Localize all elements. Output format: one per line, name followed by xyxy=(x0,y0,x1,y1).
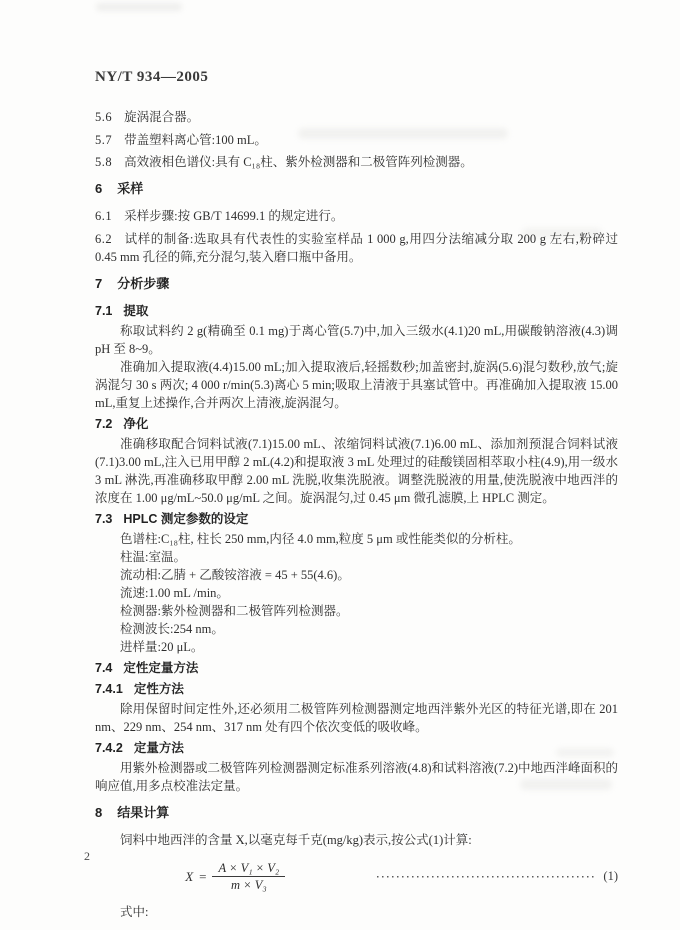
clause-text: 高效液相色谱仪:具有 C₁₈柱、紫外检测器和二极管阵列检测器。 xyxy=(124,155,473,169)
clause-text: 净化 xyxy=(123,417,148,431)
page-number: 2 xyxy=(84,848,90,864)
clause-text: 定性定量方法 xyxy=(123,661,198,675)
numbered-clause: 5.8高效液相色谱仪:具有 C₁₈柱、紫外检测器和二极管阵列检测器。 xyxy=(95,153,618,171)
clause-number: 7.4.1 xyxy=(95,682,123,696)
scanned-standard-page: NY/T 934—2005 5.6旋涡混合器。5.7带盖塑料离心管:100 mL… xyxy=(0,0,680,930)
clause-number: 5.8 xyxy=(95,155,112,169)
formula-fraction-group: X = A × V₁ × V₂ m × V₃ xyxy=(95,860,375,893)
paragraph: 进样量:20 μL。 xyxy=(95,638,618,656)
paragraph: 流速:1.00 mL /min。 xyxy=(95,584,618,602)
paragraph: 准确加入提取液(4.4)15.00 mL;加入提取液后,轻摇数秒;加盖密封,旋涡… xyxy=(95,358,618,412)
paragraph: 检测波长:254 nm。 xyxy=(95,620,618,638)
clause-text: 分析步骤 xyxy=(117,276,169,291)
clause-text: 结果计算 xyxy=(117,805,169,820)
clause-heading: 7.4.2定量方法 xyxy=(95,739,618,757)
chapter-heading: 6采样 xyxy=(95,180,618,198)
clause-number: 5.6 xyxy=(95,110,112,124)
clause-text: 试样的制备:选取具有代表性的实验室样品 1 000 g,用四分法缩减分取 200… xyxy=(95,232,618,264)
paragraph: 准确移取配合饲料试液(7.1)15.00 mL、浓缩饲料试液(7.1)6.00 … xyxy=(95,435,618,507)
clause-text: HPLC 测定参数的设定 xyxy=(123,512,248,526)
fraction-numerator: A × V₁ × V₂ xyxy=(212,860,285,877)
chapter-heading: 7分析步骤 xyxy=(95,275,618,293)
clause-number: 5.7 xyxy=(95,133,112,147)
print-bleed-smudge xyxy=(96,3,182,11)
paragraph: 色谱柱:C₁₈柱, 柱长 250 mm,内径 4.0 mm,粒度 5 μm 或性… xyxy=(95,530,618,548)
formula-number: (1) xyxy=(603,869,618,884)
paragraph: 用紫外检测器或二极管阵列检测器测定标准系列溶液(4.8)和试料溶液(7.2)中地… xyxy=(95,759,618,795)
numbered-clause: 5.6旋涡混合器。 xyxy=(95,108,618,126)
numbered-clause: 5.7带盖塑料离心管:100 mL。 xyxy=(95,131,618,149)
clause-number: 7 xyxy=(95,276,102,291)
clause-heading: 7.4.1定性方法 xyxy=(95,680,618,698)
clause-text: 采样步骤:按 GB/T 14699.1 的规定进行。 xyxy=(124,209,343,223)
clause-number: 7.2 xyxy=(95,417,112,431)
clause-number: 7.3 xyxy=(95,512,112,526)
clause-number: 8 xyxy=(95,805,102,820)
numbered-clause: 6.1采样步骤:按 GB/T 14699.1 的规定进行。 xyxy=(95,207,618,225)
doc-after-formula: 式中: xyxy=(95,903,618,921)
doc-blocks: 5.6旋涡混合器。5.7带盖塑料离心管:100 mL。5.8高效液相色谱仪:具有… xyxy=(95,108,618,849)
formula-lhs: X xyxy=(185,869,193,885)
clause-text: 提取 xyxy=(123,304,148,318)
clause-number: 7.1 xyxy=(95,304,112,318)
clause-text: 定量方法 xyxy=(134,741,184,755)
clause-heading: 7.2净化 xyxy=(95,415,618,433)
fraction-denominator: m × V₃ xyxy=(212,877,285,893)
paragraph: 除用保留时间定性外,还必须用二极管阵列检测器测定地西泮紫外光区的特征光谱,即在 … xyxy=(95,700,618,736)
clause-number: 6.1 xyxy=(95,209,112,223)
clause-number: 7.4.2 xyxy=(95,741,123,755)
clause-text: 采样 xyxy=(117,181,143,196)
fraction: A × V₁ × V₂ m × V₃ xyxy=(212,860,285,893)
dotted-leader xyxy=(377,876,595,878)
clause-number: 7.4 xyxy=(95,661,112,675)
formula-1: X = A × V₁ × V₂ m × V₃ (1) xyxy=(95,857,618,897)
paragraph: 饲料中地西泮的含量 X,以毫克每千克(mg/kg)表示,按公式(1)计算: xyxy=(95,831,618,849)
paragraph: 式中: xyxy=(95,903,618,921)
clause-number: 6 xyxy=(95,181,102,196)
clause-heading: 7.3HPLC 测定参数的设定 xyxy=(95,510,618,528)
chapter-heading: 8结果计算 xyxy=(95,804,618,822)
document-content: NY/T 934—2005 5.6旋涡混合器。5.7带盖塑料离心管:100 mL… xyxy=(95,68,618,921)
clause-heading: 7.4定性定量方法 xyxy=(95,659,618,677)
paragraph: 检测器:紫外检测器和二极管阵列检测器。 xyxy=(95,602,618,620)
clause-text: 定性方法 xyxy=(134,682,184,696)
numbered-clause: 6.2试样的制备:选取具有代表性的实验室样品 1 000 g,用四分法缩减分取 … xyxy=(95,230,618,266)
clause-heading: 7.1提取 xyxy=(95,302,618,320)
paragraph: 称取试料约 2 g(精确至 0.1 mg)于离心管(5.7)中,加入三级水(4.… xyxy=(95,322,618,358)
equals-sign: = xyxy=(199,869,206,885)
paragraph: 流动相:乙腈 + 乙酸铵溶液 = 45 + 55(4.6)。 xyxy=(95,566,618,584)
standard-code-header: NY/T 934—2005 xyxy=(95,68,618,86)
clause-text: 带盖塑料离心管:100 mL。 xyxy=(124,133,267,147)
clause-text: 旋涡混合器。 xyxy=(124,110,199,124)
clause-number: 6.2 xyxy=(95,232,112,246)
paragraph: 柱温:室温。 xyxy=(95,548,618,566)
